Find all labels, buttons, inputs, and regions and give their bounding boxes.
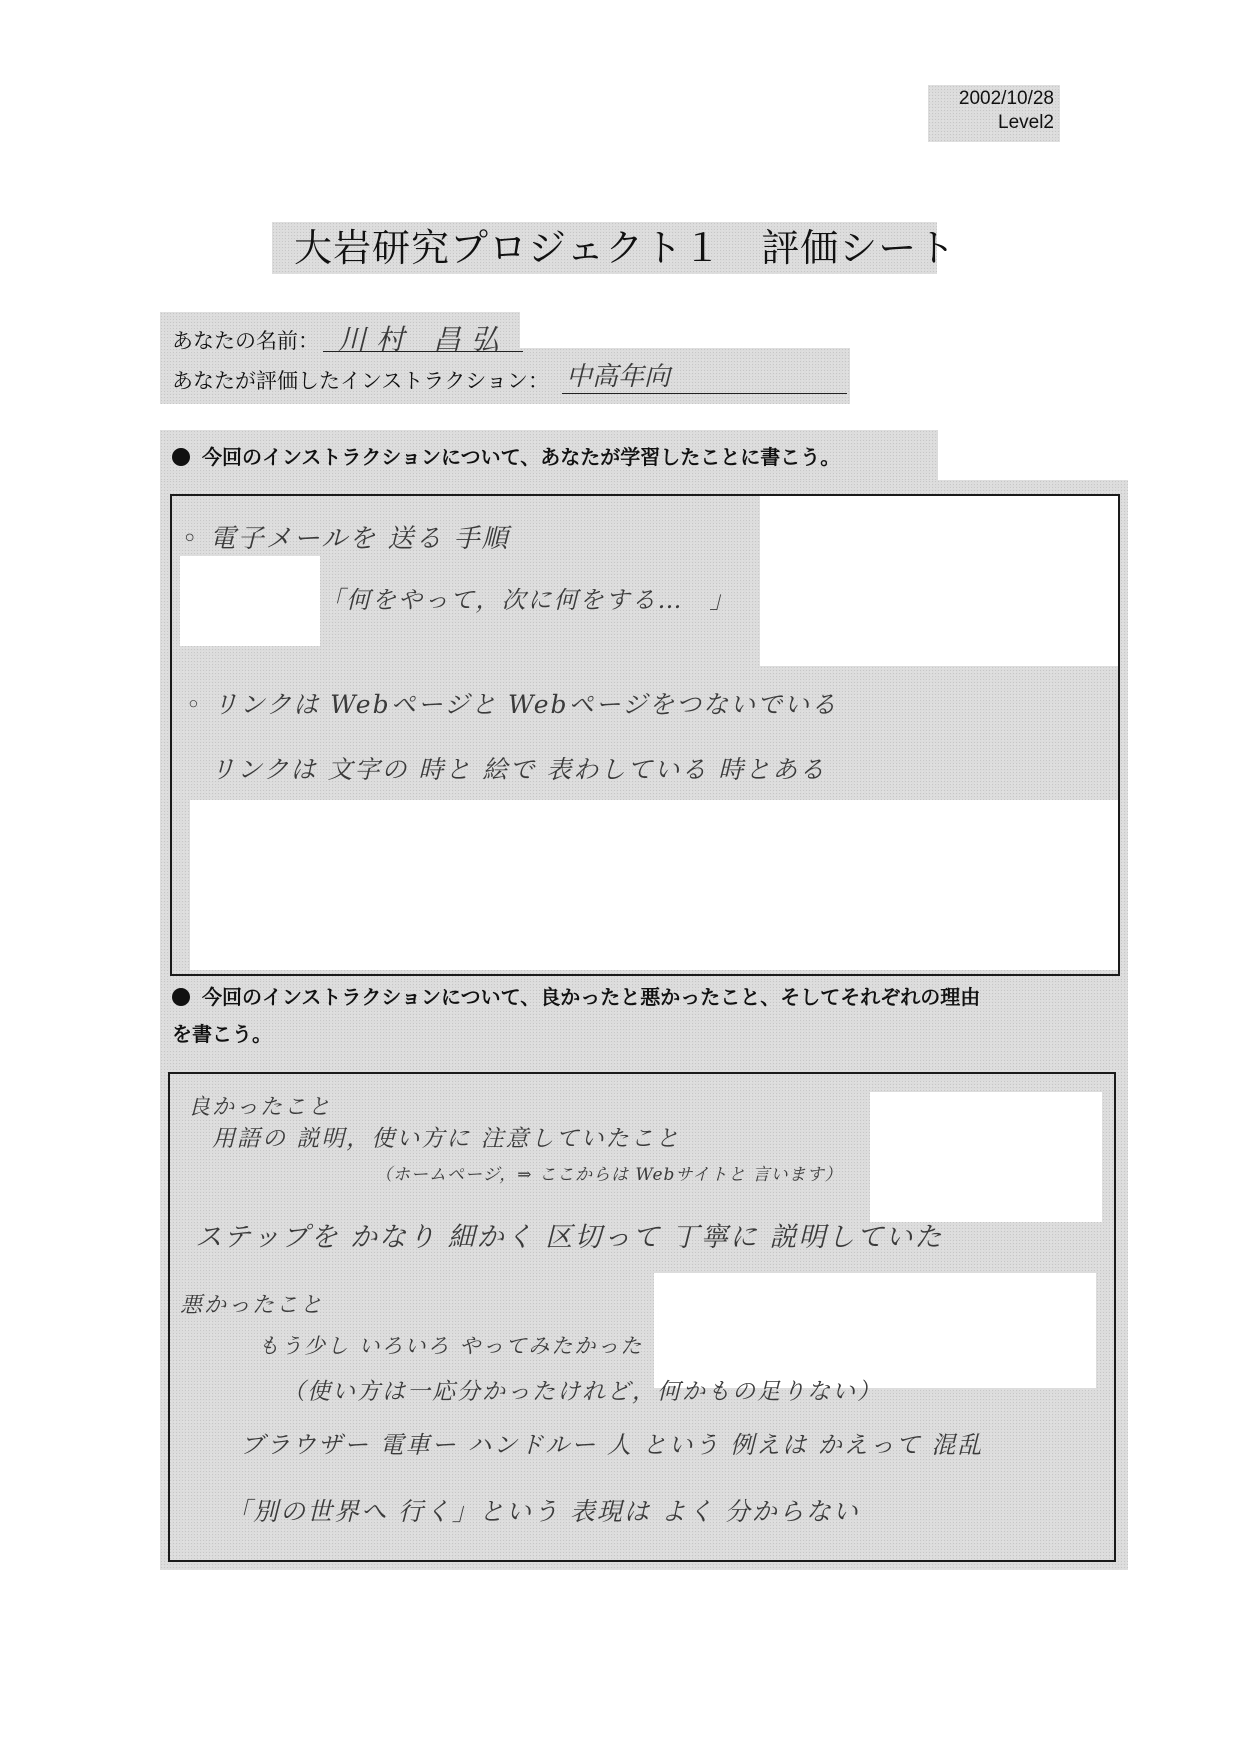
scan-blank-patch [900,800,1118,970]
good-points-label: 良かったこと [188,1090,332,1121]
scan-blank-patch [870,1092,1102,1222]
section2-heading: 今回のインストラクションについて、良かったと悪かったこと、そしてそれぞれの理由 [172,983,980,1011]
section1-line: 「何をやって，次に何をする… 」 [320,580,736,615]
document-date: 2002/10/28 [928,87,1054,111]
section1-heading: 今回のインストラクションについて、あなたが学習したことに書こう。 [172,443,840,471]
bad-point-line: （使い方は一応分かったけれど，何かもの足りない） [282,1373,882,1406]
good-point-line: （ホームページ，⇒ ここからは Webサイトと 言います） [375,1160,843,1185]
section1-line: ◦ リンクは Webページと Webページをつないでいる [186,685,838,721]
good-point-line: ステップを かなり 細かく 区切って 丁寧に 説明していた [195,1215,943,1254]
bullet-icon [172,988,190,1006]
section1-line: ◦ 電子メールを 送る 手順 [182,518,510,555]
instruction-field[interactable]: 中高年向 [566,356,670,393]
section2-heading-text-line1: 今回のインストラクションについて、良かったと悪かったこと、そしてそれぞれの理由 [202,985,980,1009]
section1-line: リンクは 文字の 時と 絵で 表わしている 時とある [210,750,826,786]
bad-point-line: 「別の世界へ 行く」という 表現は よく 分からない [226,1492,860,1528]
good-point-line: 用語の 説明，使い方に 注意していたこと [212,1120,681,1153]
name-field[interactable]: 川村 昌弘 [338,318,509,358]
section2-heading-line2: を書こう。 [172,1020,272,1048]
bad-point-line: もう少し いろいろ やってみたかった [258,1330,643,1360]
page-title: 大岩研究プロジェクト１ 評価シート [272,222,937,274]
document-level: Level2 [928,111,1054,135]
date-level-block: 2002/10/28 Level2 [928,85,1060,142]
bad-point-line: ブラウザー 電車ー ハンドルー 人 という 例えは かえって 混乱 [240,1425,983,1460]
section1-heading-text: 今回のインストラクションについて、あなたが学習したことに書こう。 [202,445,840,469]
name-label: あなたの名前： [172,327,319,355]
scan-blank-patch [654,1273,1096,1388]
scan-blank-patch [760,496,1118,666]
bad-points-label: 悪かったこと [180,1288,324,1319]
scan-blank-patch [180,556,320,646]
bullet-icon [172,448,190,466]
instruction-label: あなたが評価したインストラクション： [172,367,549,395]
